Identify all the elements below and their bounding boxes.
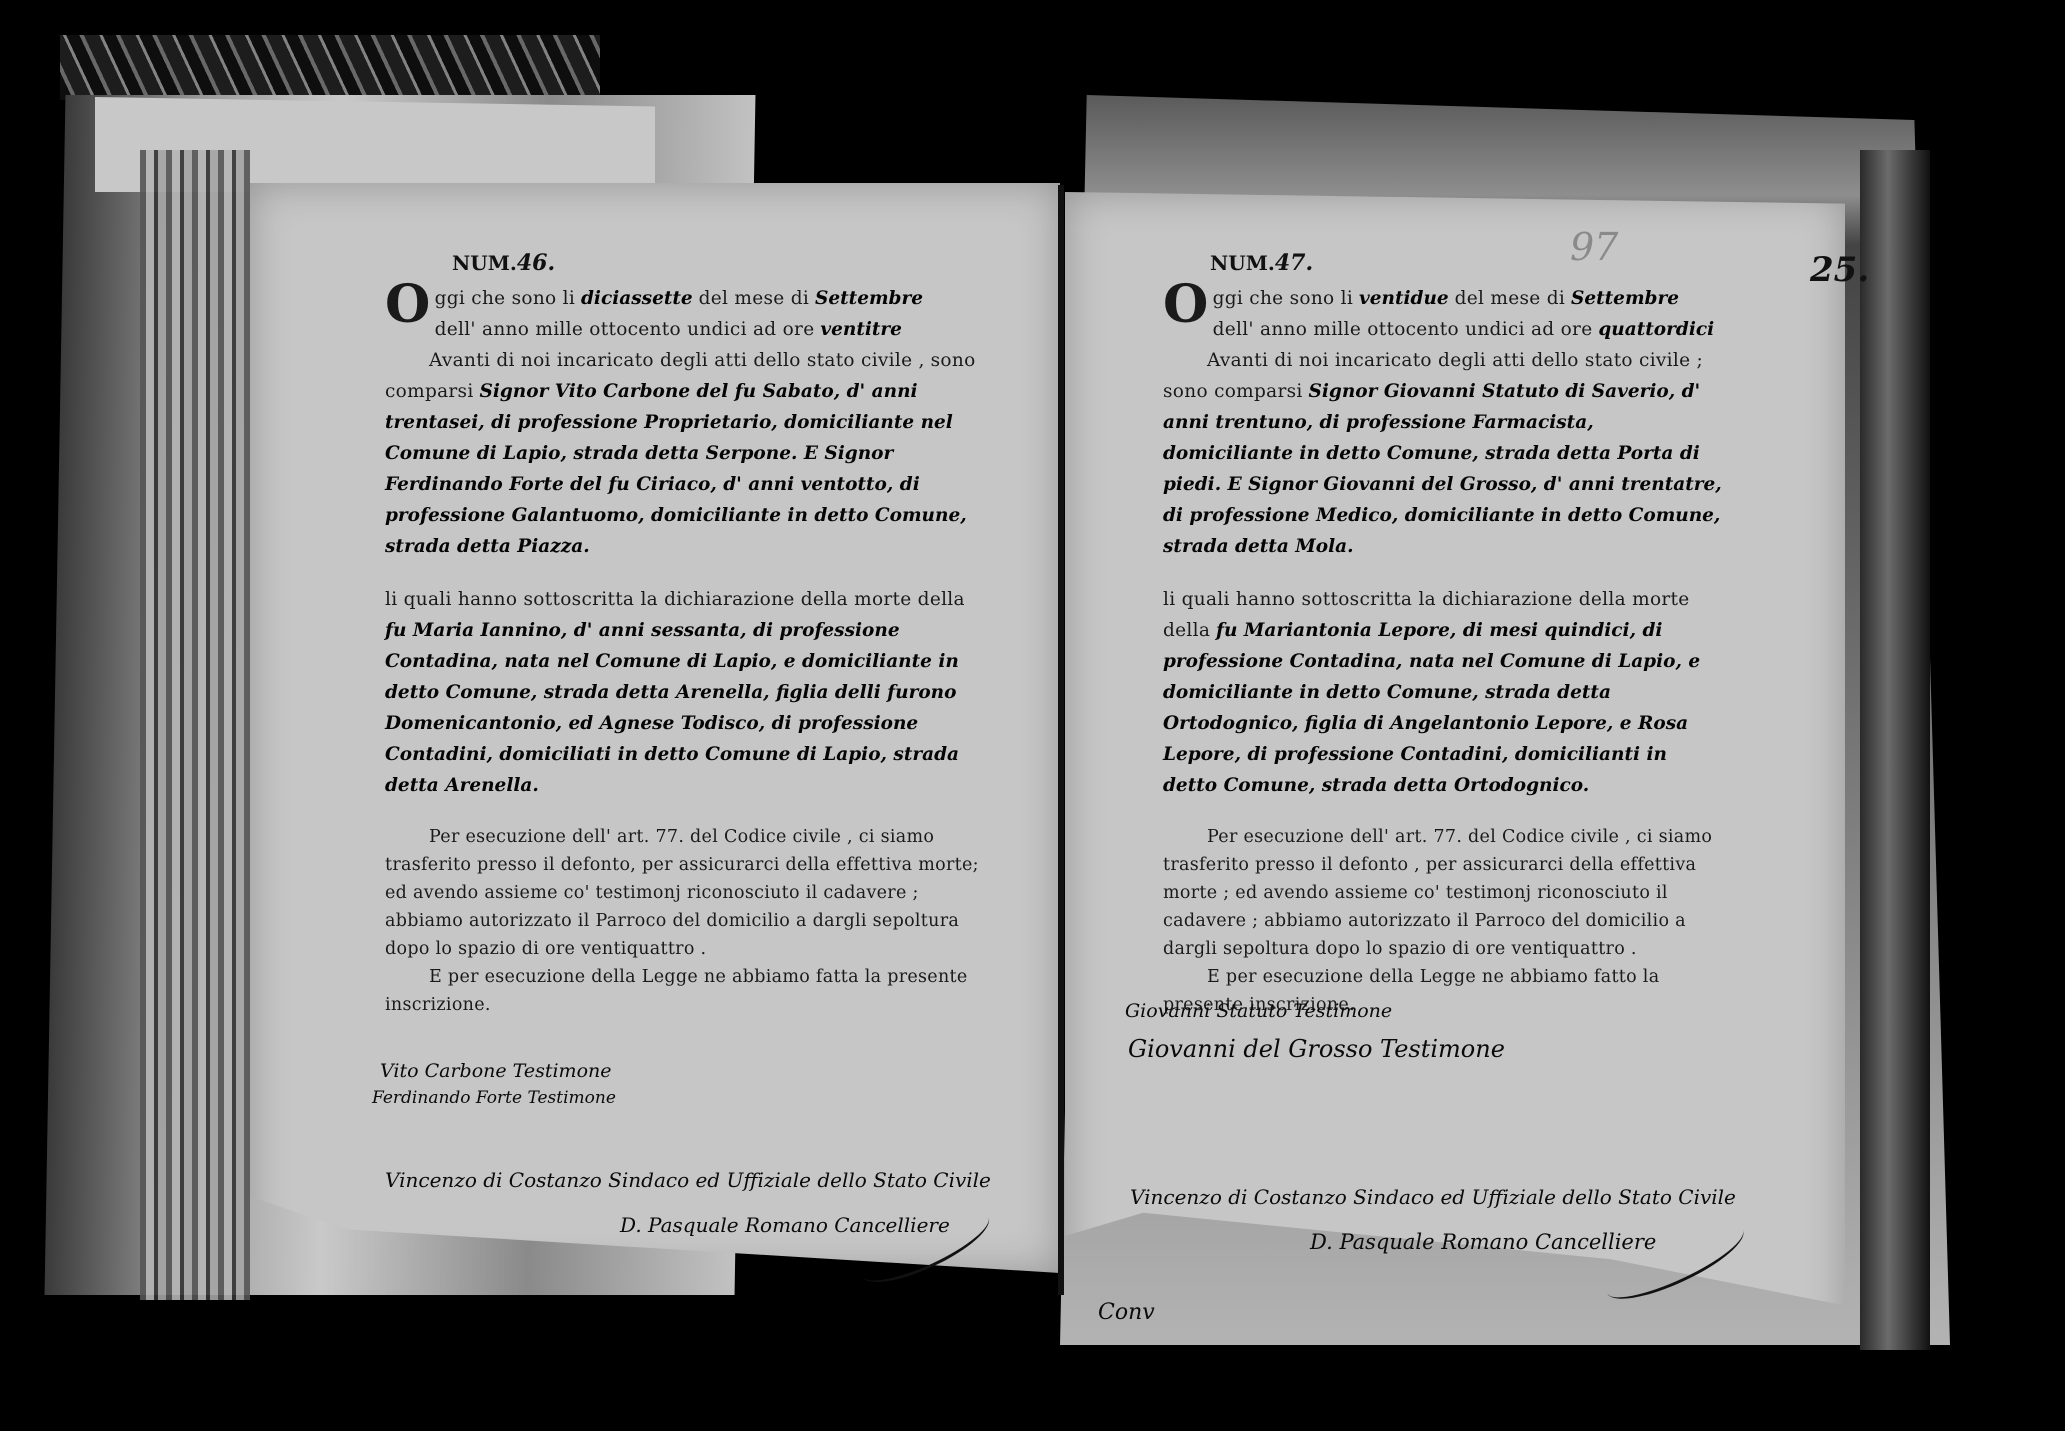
print-text: del mese di	[1455, 288, 1565, 309]
print-text: li quali hanno sottoscritta la dichiaraz…	[385, 589, 965, 610]
print-text: Avanti di noi incaricato degli atti dell…	[1207, 350, 1703, 371]
execution-paragraph: Per esecuzione dell' art. 77. del Codice…	[1163, 823, 1723, 963]
margin-note: Conv	[1098, 1300, 1155, 1325]
page-edges-left	[140, 150, 250, 1300]
num-label: NUM.	[452, 251, 517, 275]
drop-cap: O	[1163, 283, 1209, 327]
folio-number: 25.	[1810, 250, 1869, 290]
day-handwritten: ventidue	[1359, 288, 1449, 309]
witness-1-signature: Vito Carbone Testimone	[380, 1060, 612, 1082]
left-record-number: NUM.46.	[452, 250, 555, 276]
print-text: dell' anno mille ottocento undici ad ore	[1213, 319, 1593, 340]
witness-1-signature: Giovanni Statuto Testimone	[1125, 1000, 1392, 1022]
execution-paragraph: Per esecuzione dell' art. 77. del Codice…	[385, 823, 990, 963]
day-handwritten: diciassette	[581, 288, 693, 309]
right-record-body: O ggi che sono li ventidue del mese di S…	[1163, 283, 1723, 1019]
print-text: dell' anno mille ottocento undici ad ore	[435, 319, 815, 340]
month-handwritten: Settembre	[815, 288, 923, 309]
deceased-handwritten: fu Mariantonia Lepore, di mesi quindici,…	[1163, 620, 1700, 796]
book-gutter	[1058, 185, 1064, 1295]
drop-cap: O	[385, 283, 431, 327]
print-text: ggi che sono li	[1213, 288, 1354, 309]
witnesses-handwritten: Signor Vito Carbone del fu Sabato, d' an…	[385, 381, 967, 557]
hour-handwritten: ventitre	[820, 319, 902, 340]
opening-line: O ggi che sono li diciassette del mese d…	[385, 283, 990, 345]
witness-2-signature: Giovanni del Grosso Testimone	[1128, 1035, 1505, 1063]
appearance-paragraph: Avanti di noi incaricato degli atti dell…	[1163, 345, 1723, 562]
mayor-signature: Vincenzo di Costanzo Sindaco ed Uffizial…	[1130, 1185, 1736, 1209]
witness-2-signature: Ferdinando Forte Testimone	[372, 1088, 616, 1108]
closing-paragraph: E per esecuzione della Legge ne abbiamo …	[385, 963, 990, 1019]
left-record-body: O ggi che sono li diciassette del mese d…	[385, 283, 990, 1019]
declaration-paragraph: li quali hanno sottoscritta la dichiaraz…	[385, 584, 990, 801]
num-value: 47.	[1275, 250, 1313, 276]
print-text: sono comparsi	[1163, 381, 1303, 402]
page-edges-right	[1860, 150, 1930, 1350]
marbled-cover	[60, 35, 600, 100]
month-handwritten: Settembre	[1571, 288, 1679, 309]
declaration-paragraph: li quali hanno sottoscritta la dichiaraz…	[1163, 584, 1723, 801]
print-text: ggi che sono li	[435, 288, 576, 309]
appearance-paragraph: Avanti di noi incaricato degli atti dell…	[385, 345, 990, 562]
hour-handwritten: quattordici	[1598, 319, 1714, 340]
mayor-signature: Vincenzo di Costanzo Sindaco ed Uffizial…	[385, 1168, 991, 1192]
chancellor-signature: D. Pasquale Romano Cancelliere	[620, 1213, 950, 1237]
num-value: 46.	[517, 250, 555, 276]
right-record-number: NUM.47.	[1210, 250, 1313, 276]
pencil-number: 97	[1570, 225, 1618, 269]
print-text: del mese di	[699, 288, 809, 309]
chancellor-signature: D. Pasquale Romano Cancelliere	[1310, 1230, 1656, 1254]
num-label: NUM.	[1210, 251, 1275, 275]
print-text: Avanti di noi incaricato degli atti dell…	[429, 350, 925, 371]
opening-line: O ggi che sono li ventidue del mese di S…	[1163, 283, 1723, 345]
witnesses-handwritten: Signor Giovanni Statuto di Saverio, d' a…	[1163, 381, 1722, 557]
deceased-handwritten: fu Maria Iannino, d' anni sessanta, di p…	[385, 620, 959, 796]
